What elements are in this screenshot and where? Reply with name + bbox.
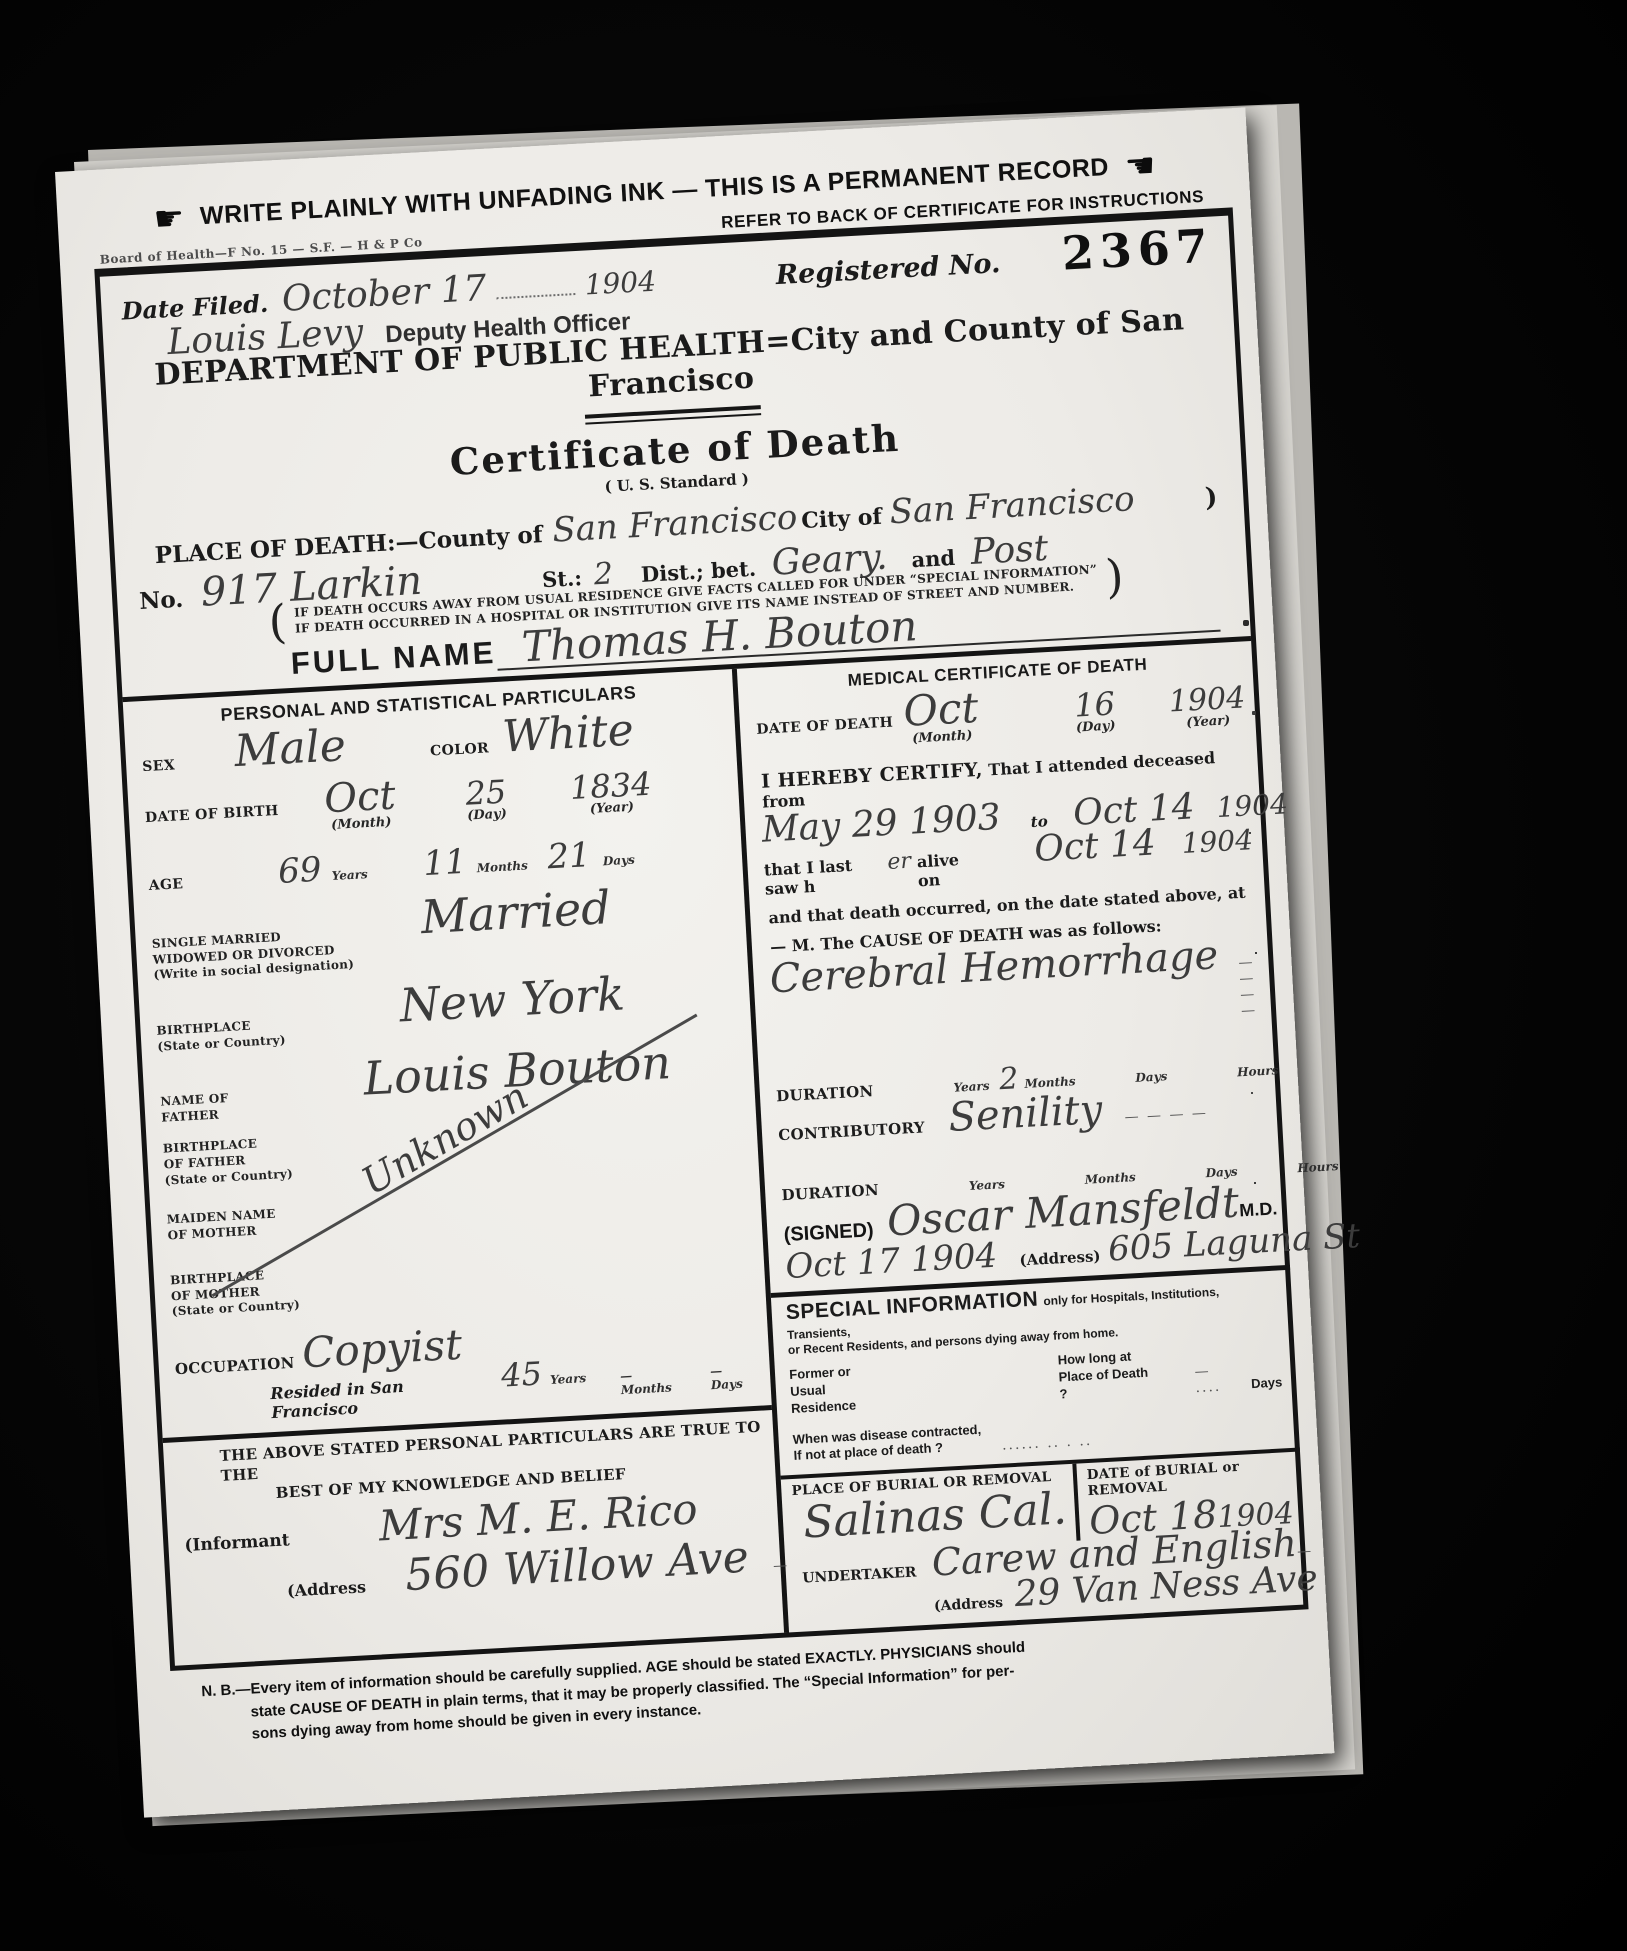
special-information-header: SPECIAL INFORMATION <box>785 1287 1038 1324</box>
pointing-hand-right-icon: ☛ <box>153 208 185 230</box>
city-label: City of <box>801 504 883 534</box>
attended-to-year: 1904 <box>1216 791 1289 821</box>
age-days-caption: Days <box>603 852 636 868</box>
dod-day-caption: (Day) <box>1075 719 1116 736</box>
duration-years-value: 2 <box>998 1065 1019 1094</box>
last-saw-label-a: that I last saw h <box>763 854 884 898</box>
dob-day-caption: (Day) <box>466 807 507 824</box>
last-saw-year: 1904 <box>1181 827 1254 857</box>
duration-days-caption: Days <box>1135 1069 1168 1085</box>
close-paren: ) <box>1105 558 1125 596</box>
contributory-label: CONTRIBUTORY <box>778 1119 926 1146</box>
personal-column: PERSONAL AND STATISTICAL PARTICULARS SEX… <box>123 669 784 1666</box>
how-long-days: Days <box>1251 1374 1283 1393</box>
duration-hours-caption: Hours <box>1237 1063 1279 1079</box>
former-residence-line2: Usual Residence <box>790 1378 890 1417</box>
resided-years-value: 45 <box>500 1358 542 1391</box>
resided-days-caption: — Days <box>710 1362 757 1392</box>
age-years-caption: Years <box>331 867 368 883</box>
duration2-hours-caption: Hours <box>1297 1160 1339 1176</box>
age-years-value: 69 <box>277 853 322 888</box>
resided-label: Resided in San Francisco <box>270 1372 487 1422</box>
undertaker-label: UNDERTAKER <box>802 1564 917 1586</box>
how-long-leader: — .... <box>1194 1361 1242 1395</box>
certify-intro: I HEREBY CERTIFY, <box>761 758 984 792</box>
dod-year-value: 1904 <box>1168 684 1246 717</box>
sex-label: SEX <box>142 757 176 776</box>
color-value: White <box>501 709 634 758</box>
date-of-death-label: DATE OF DEATH <box>756 714 905 739</box>
age-label: AGE <box>148 871 279 896</box>
death-certificate-page: ☛ WRITE PLAINLY WITH UNFADING INK — THIS… <box>55 108 1334 1818</box>
full-name-label: FULL NAME <box>290 635 497 682</box>
dod-month-value: Oct <box>902 688 979 732</box>
color-label: COLOR <box>430 740 490 761</box>
last-saw-label-b: alive on <box>916 849 976 890</box>
informant-address-label: (Address <box>287 1577 367 1600</box>
dod-month-caption: (Month) <box>905 728 981 747</box>
cause-trailer: — — — — <box>1238 954 1262 1019</box>
sex-value: Male <box>233 725 347 773</box>
resided-years-caption: Years <box>550 1371 587 1387</box>
last-saw-fill: er <box>887 852 912 874</box>
title-divider <box>585 405 761 425</box>
certificate-box: 2367 Date Filed. October 17 1904 Registe… <box>94 207 1308 1671</box>
street-number-label: No. <box>139 586 184 615</box>
duration-years-caption: Years <box>953 1079 990 1095</box>
duration2-label: DURATION <box>781 1181 879 1205</box>
age-days-value: 21 <box>546 839 591 874</box>
md-label: M.D. <box>1239 1199 1278 1222</box>
informant-label: (Informant <box>184 1530 290 1556</box>
duration-label: DURATION <box>776 1082 874 1106</box>
signed-date: Oct 17 1904 <box>785 1240 998 1284</box>
how-long-line2: Place of Death ? <box>1058 1364 1156 1403</box>
dob-year-value: 1834 <box>569 768 652 803</box>
occupation-value: Copyist <box>301 1325 463 1373</box>
last-saw-date: Oct 14 <box>1033 826 1156 867</box>
date-filed-year: 1904 <box>584 269 657 299</box>
contributory-trailer: — — — — <box>1124 1105 1208 1125</box>
and-label: and <box>911 545 956 572</box>
resided-months-caption: —Months <box>620 1366 682 1397</box>
physician-address-label: (Address) <box>1019 1247 1101 1269</box>
pointing-hand-left-icon: ☚ <box>1124 155 1156 177</box>
undertaker-address-label: (Address <box>934 1595 1004 1615</box>
photo-background: ☛ WRITE PLAINLY WITH UNFADING INK — THIS… <box>0 0 1627 1951</box>
date-filed-value: October 17 <box>281 272 487 317</box>
close-paren: ) <box>1204 483 1218 514</box>
dob-month-value: Oct <box>323 776 396 818</box>
dod-day-value: 16 <box>1073 688 1115 721</box>
age-months-caption: Months <box>476 858 528 875</box>
dob-label: DATE OF BIRTH <box>145 802 296 828</box>
particulars-columns: PERSONAL AND STATISTICAL PARTICULARS SEX… <box>122 636 1303 1666</box>
dotted-leader <box>497 291 576 299</box>
open-paren: ( <box>268 603 288 641</box>
district-value: 2 <box>593 560 614 589</box>
dob-month-caption: (Month) <box>325 814 397 833</box>
contracted-trailer: ...... .. . .. <box>1002 1433 1093 1454</box>
st-label: St.: <box>541 565 582 592</box>
age-months-value: 11 <box>422 845 467 880</box>
marital-value: Married <box>420 886 612 940</box>
dob-day-value: 25 <box>465 776 507 809</box>
birthplace-value: New York <box>398 972 625 1028</box>
medical-column: MEDICAL CERTIFICATE OF DEATH DATE OF DEA… <box>732 641 1308 1633</box>
registered-number-value: 2367 <box>1060 218 1215 280</box>
page-edge-marks <box>1243 620 1249 626</box>
contributory-value: Senility <box>948 1091 1104 1137</box>
